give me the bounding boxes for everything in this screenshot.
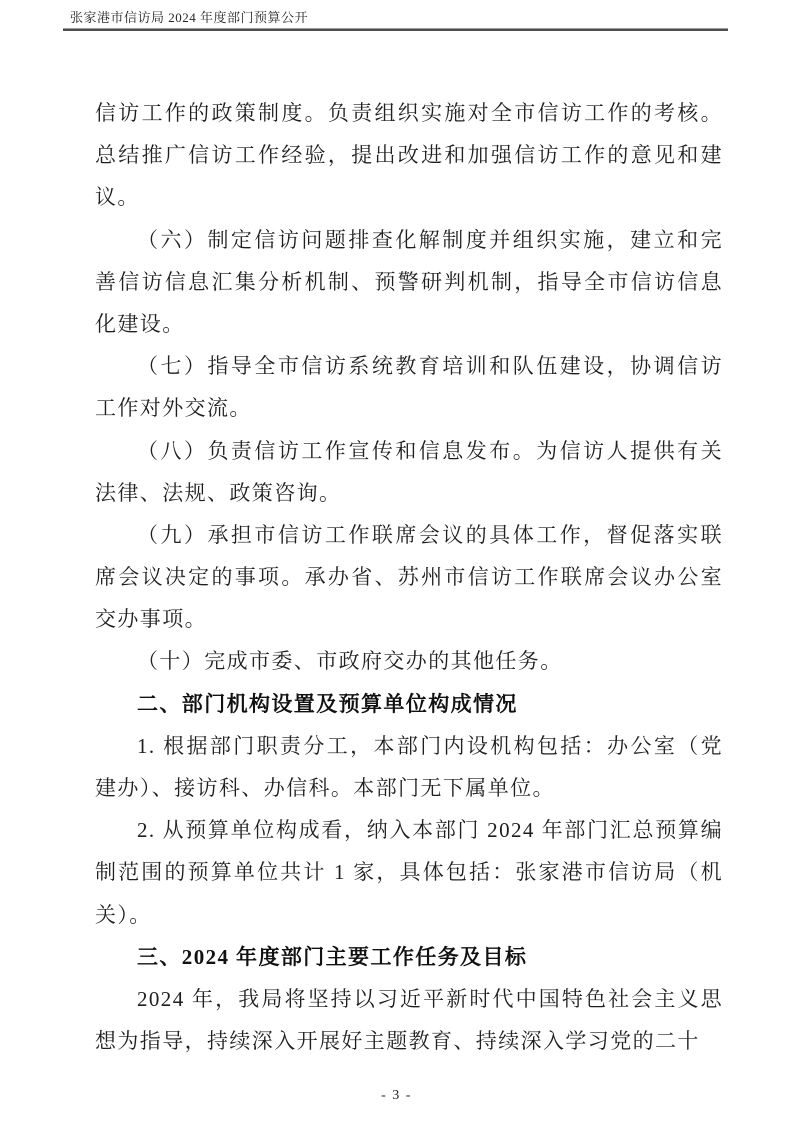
section-heading: 三、2024 年度部门主要工作任务及目标 [95, 936, 723, 978]
text-line: 交办事项。 [95, 598, 723, 640]
section-heading: 二、部门机构设置及预算单位构成情况 [95, 683, 723, 725]
text-line: 总结推广信访工作经验，提出改进和加强信访工作的意见和建 [95, 134, 723, 176]
page-number: - 3 - [381, 1087, 412, 1105]
text-line: 善信访信息汇集分析机制、预警研判机制，指导全市信访信息 [95, 261, 723, 303]
header-title: 张家港市信访局 2024 年度部门预算公开 [63, 8, 728, 28]
text-line: 关）。 [95, 894, 723, 936]
text-line: 建办）、接访科、办信科。本部门无下属单位。 [95, 767, 723, 809]
text-line: （七）指导全市信访系统教育培训和队伍建设，协调信访 [95, 345, 723, 387]
document-body: 信访工作的政策制度。负责组织实施对全市信访工作的考核。总结推广信访工作经验，提出… [95, 92, 723, 1062]
text-line: 席会议决定的事项。承办省、苏州市信访工作联席会议办公室 [95, 556, 723, 598]
text-line: （十）完成市委、市政府交办的其他任务。 [95, 640, 723, 682]
document-page: 张家港市信访局 2024 年度部门预算公开 信访工作的政策制度。负责组织实施对全… [0, 0, 793, 1122]
text-line: 化建设。 [95, 303, 723, 345]
text-line: 议。 [95, 176, 723, 218]
page-footer: - 3 - [0, 1086, 793, 1105]
text-line: 工作对外交流。 [95, 387, 723, 429]
text-line: （八）负责信访工作宣传和信息发布。为信访人提供有关 [95, 430, 723, 472]
text-line: 想为指导，持续深入开展好主题教育、持续深入学习党的二十 [95, 1020, 723, 1062]
text-line: 2024 年，我局将坚持以习近平新时代中国特色社会主义思 [95, 978, 723, 1020]
text-line: 法律、法规、政策咨询。 [95, 472, 723, 514]
text-line: 2. 从预算单位构成看，纳入本部门 2024 年部门汇总预算编 [95, 809, 723, 851]
text-line: （六）制定信访问题排查化解制度并组织实施，建立和完 [95, 219, 723, 261]
text-line: 信访工作的政策制度。负责组织实施对全市信访工作的考核。 [95, 92, 723, 134]
text-line: 制范围的预算单位共计 1 家，具体包括：张家港市信访局（机 [95, 851, 723, 893]
header-rule [63, 28, 728, 31]
page-header: 张家港市信访局 2024 年度部门预算公开 [63, 8, 728, 31]
text-line: （九）承担市信访工作联席会议的具体工作，督促落实联 [95, 514, 723, 556]
text-line: 1. 根据部门职责分工，本部门内设机构包括：办公室（党 [95, 725, 723, 767]
